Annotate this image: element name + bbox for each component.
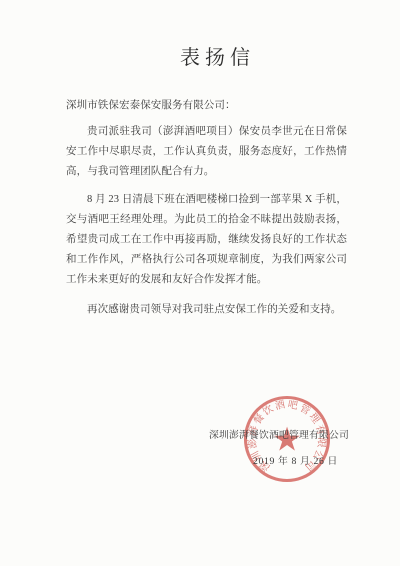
body-paragraph-1: 贵司派驻我司（澎湃酒吧项目）保安员李世元在日常保安工作中尽职尽责，工作认真负责，… bbox=[66, 122, 347, 182]
scanned-letter-page: 表扬信 深圳市铁保宏泰保安服务有限公司： 贵司派驻我司（澎湃酒吧项目）保安员李世… bbox=[0, 0, 400, 566]
letter-title: 表扬信 bbox=[0, 41, 400, 70]
body-paragraph-3: 再次感谢贵司领导对我司驻点安保工作的关爱和支持。 bbox=[66, 300, 347, 320]
recipient-line: 深圳市铁保宏泰保安服务有限公司： bbox=[66, 96, 347, 116]
signature-date: 2019 年 8 月 26 日 bbox=[253, 453, 338, 467]
body-paragraph-2: 8 月 23 日清晨下班在酒吧楼梯口捡到一部苹果 X 手机，交与酒吧王经理处理。… bbox=[66, 190, 347, 290]
signature-company: 深圳澎湃餐饮酒吧管理有限公司 bbox=[209, 427, 349, 441]
